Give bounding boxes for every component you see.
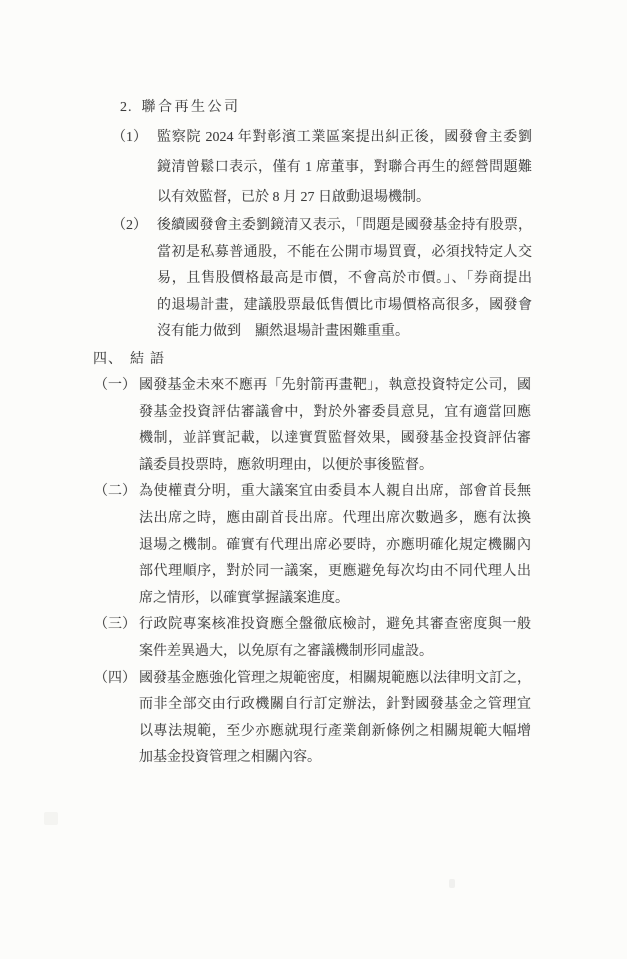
subsection-heading: 2.聯合再生公司 bbox=[120, 93, 627, 123]
section-title: 結語 bbox=[130, 352, 170, 367]
list-item: （1） 監察院 2024 年對彰濱工業區案提出糾正後，國發會主委劉 鏡清曾鬆口表… bbox=[157, 123, 532, 213]
list-marker: （1） bbox=[112, 123, 157, 153]
text-line: 為使權責分明，重大議案宜由委員本人親自出席，部會首長無 bbox=[139, 479, 531, 506]
subsection-title: 聯合再生公司 bbox=[142, 100, 241, 115]
section-number: 四、 bbox=[93, 352, 123, 367]
text-line: 易，且售股價格最高是市價，不會高於市價。」、「券商提出 bbox=[157, 266, 532, 293]
text-line: 監察院 2024 年對彰濱工業區案提出糾正後，國發會主委劉 bbox=[157, 123, 532, 153]
list-item: （一） 國發基金未來不應再「先射箭再畫靶」，執意投資特定公司，國 發基金投資評估… bbox=[139, 373, 531, 479]
list-item: （二） 為使權責分明，重大議案宜由委員本人親自出席，部會首長無 法出席之時，應由… bbox=[139, 479, 531, 612]
text-line: 當初是私募普通股，不能在公開市場買賣，必須找特定人交 bbox=[157, 240, 532, 267]
text-line: 機制，並詳實記載，以達實質監督效果，國發基金投資評估審 bbox=[139, 426, 531, 453]
text-line: 法出席之時，應由副首長出席。代理出席次數過多，應有汰換 bbox=[139, 506, 531, 533]
text-line: 國發基金未來不應再「先射箭再畫靶」，執意投資特定公司，國 bbox=[139, 373, 531, 400]
list-marker: （二） bbox=[94, 479, 139, 506]
text-line: 而非全部交由行政機關自行訂定辦法，針對國發基金之管理宜 bbox=[139, 692, 531, 719]
document-page: 2.聯合再生公司 （1） 監察院 2024 年對彰濱工業區案提出糾正後，國發會主… bbox=[0, 0, 627, 959]
document-content: 2.聯合再生公司 （1） 監察院 2024 年對彰濱工業區案提出糾正後，國發會主… bbox=[0, 93, 627, 772]
list-marker: （2） bbox=[112, 213, 157, 240]
text-line: 後續國發會主委劉鏡清又表示，「問題是國發基金持有股票， bbox=[157, 213, 532, 240]
text-line: 的退場計畫，建議股票最低售價比市場價格高很多，國發會 bbox=[157, 293, 532, 320]
text-line: 鏡清曾鬆口表示，僅有 1 席董事，對聯合再生的經營問題難 bbox=[157, 153, 532, 183]
text-line: 以有效監督，已於 8 月 27 日啟動退場機制。 bbox=[157, 183, 532, 213]
text-line: 席之情形，以確實掌握議案進度。 bbox=[139, 586, 531, 613]
text-line: 部代理順序，對於同一議案，更應避免每次均由不同代理人出 bbox=[139, 559, 531, 586]
text-line: 國發基金應強化管理之規範密度，相關規範應以法律明文訂之， bbox=[139, 666, 531, 693]
list-item: （四） 國發基金應強化管理之規範密度，相關規範應以法律明文訂之， 而非全部交由行… bbox=[139, 666, 531, 772]
text-line: 案件差異過大，以免原有之審議機制形同虛設。 bbox=[139, 639, 531, 666]
text-line: 發基金投資評估審議會中，對於外審委員意見，宜有適當回應 bbox=[139, 400, 531, 427]
scan-artifact bbox=[449, 879, 455, 888]
text-line: 退場之機制。確實有代理出席必要時，亦應明確化規定機關內 bbox=[139, 533, 531, 560]
list-item: （三） 行政院專案核准投資應全盤徹底檢討，避免其審查密度與一般 案件差異過大，以… bbox=[139, 612, 531, 665]
list-item: （2） 後續國發會主委劉鏡清又表示，「問題是國發基金持有股票， 當初是私募普通股… bbox=[157, 213, 532, 346]
text-line: 加基金投資管理之相關內容。 bbox=[139, 745, 531, 772]
section-heading: 四、結語 bbox=[93, 346, 627, 373]
text-line: 以專法規範，至少亦應就現行產業創新條例之相關規範大幅增 bbox=[139, 719, 531, 746]
list-marker: （三） bbox=[94, 612, 139, 639]
text-line: 行政院專案核准投資應全盤徹底檢討，避免其審查密度與一般 bbox=[139, 612, 531, 639]
list-marker: （一） bbox=[94, 373, 139, 400]
subsection-number: 2. bbox=[120, 100, 133, 115]
text-line: 議委員投票時，應敘明理由，以便於事後監督。 bbox=[139, 453, 531, 480]
list-marker: （四） bbox=[94, 666, 139, 693]
scan-artifact bbox=[44, 812, 58, 825]
text-line: 沒有能力做到 顯然退場計畫困難重重。 bbox=[157, 319, 532, 346]
